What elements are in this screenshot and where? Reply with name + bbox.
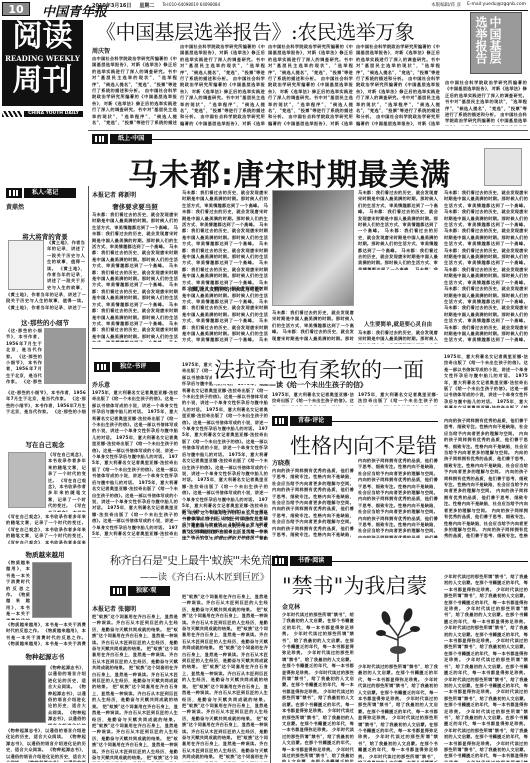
banned-books-headline: "禁书"为我启蒙 <box>282 570 427 600</box>
introvert-col-3: 内向的孩子同样拥有优秀的品质，他们善于思考、细致专注。性格内向不是缺陷，社会应当… <box>444 418 528 538</box>
flower-illustration <box>370 606 426 662</box>
ma-weidu-photo <box>272 190 354 306</box>
introvert-col-2: 内向的孩子同样拥有优秀的品质，他们善于思考、细致专注。性格内向不是缺陷，社会应当… <box>358 458 438 538</box>
section-tag-rule <box>332 561 528 562</box>
election-col-3: 由中国社会科学院政治学研究所编著的《中国基层选举报告》，对新《选举法》修正后的选… <box>268 44 353 126</box>
section-title-2: 周刊 <box>2 63 83 99</box>
fallaci-col-5: 1975年，意大利著名女记者奥里亚娜·法拉奇出版了《给一个未出生孩子的信》。这是… <box>444 354 528 408</box>
sidebar-item-title: 写在自己观念 <box>6 440 84 449</box>
introvert-byline: 方晓燕 <box>272 458 290 467</box>
introvert-section-tag: 青春·评论 <box>272 416 438 426</box>
sidebar-section-tag: 私人·笔记 <box>6 188 76 198</box>
sidebar-item-body: 《这·那些的小细节》，本书作者，1956年7月生于北京，是当代作家。 《这·那些… <box>6 328 42 386</box>
sidebar-byline: 黄鼎然 <box>6 202 24 211</box>
sidebar-item-body: 《黄土地》，作者当年的记录，讲述了一段关于历史与人生的故事，值得一读。 《黄土地… <box>47 240 85 290</box>
header-rule <box>88 10 528 11</box>
qi-baishi-headline: 称齐白石是"史上最牛'蚁族'"未免荒唐 <box>110 552 282 568</box>
election-book-cover: 中国基层选举报告 <box>470 12 522 74</box>
ma-weidu-col-4: 马未都：我们看过去的历史，就会发现唐宋时期是中国人最美满的时期。那时候人们的生活… <box>444 190 528 342</box>
book-thumbnail <box>8 665 46 723</box>
page-number: 10 <box>8 3 23 16</box>
sidebar-item-body-cont: 《写在自己观念》，本书收录作者多年来的随笔文章，记录了一个时代的变迁。 《写在自… <box>6 514 86 544</box>
editor: 本版编辑/蒋 彦 <box>431 2 461 8</box>
book-thumbnail <box>44 328 86 384</box>
qi-baishi-section-tag: 独家·观察 <box>110 586 170 596</box>
section-tag-icon <box>92 134 108 144</box>
sidebar-item-body-cont: 《物质越来越用》，本书是一本关于消费时代的反思之作。 《物质越来越用》，本书是一… <box>6 622 86 646</box>
section-tag-rule <box>152 139 530 140</box>
qi-baishi-subheadline: ——读《齐白石:从木匠到巨匠》 <box>140 570 269 583</box>
banned-books-col-2: 少年时代读过的那些所谓"禁书"，给了我最初的人文启蒙。在那个书籍匮乏的年代，每一… <box>358 664 438 762</box>
section-tag-icon <box>272 416 288 426</box>
fallaci-subheadline: ——读《给一个未出生孩子的信》 <box>262 380 367 390</box>
election-bottom-rule <box>88 130 528 131</box>
dateline: 2010年3月16日 星期二 Tel:010-64098019 64098084 <box>92 2 220 9</box>
qi-baishi-byline: 本报记者 张德明 <box>92 604 136 613</box>
editor-info: 本版编辑/蒋 彦 E-mail:yuedu@zgqnb.com <box>431 2 526 8</box>
ma-weidu-col-3b: 马未都：我们看过去的历史，就会发现唐宋时期是中国人最美满的时期。那时候人们的生活… <box>358 330 438 344</box>
qi-baishi-col-1: 把"蚁族"这个词套用在齐白石身上，显然是一种误读。齐白石从木匠到巨匠的人生经历，… <box>92 614 178 762</box>
section-tag-icon <box>272 556 288 566</box>
banned-books-col-3: 少年时代读过的那些所谓"禁书"，给了我最初的人文启蒙。在那个书籍匮乏的年代，每一… <box>444 574 528 762</box>
ma-weidu-col-1: 马未都：我们看过去的历史，就会发现唐宋时期是中国人最美满的时期。那时候人们的生活… <box>92 212 178 342</box>
section-tag-icon <box>6 188 22 198</box>
page-number-box: 10 <box>2 2 30 16</box>
stripe-decoration <box>2 111 22 117</box>
ma-weidu-col-2: 马未都：我们看过去的历史，就会发现唐宋时期是中国人最美满的时期。那时候人们的生活… <box>182 190 268 342</box>
weekday: 星期二 <box>139 2 154 9</box>
fallaci-byline: 乔乐意 <box>92 380 110 389</box>
ma-weidu-headline: 马未都:唐宋时期最美满 <box>128 150 451 194</box>
election-col-4: 由中国社会科学院政治学研究所编著的《中国基层选举报告》，对新《选举法》修正后的选… <box>356 44 440 126</box>
section-tag-rule <box>332 421 438 422</box>
date: 2010年3月16日 <box>92 2 131 9</box>
sidebar-item-title: 物质越来越用 <box>6 550 84 559</box>
ma-weidu-byline: 本报记者 蒋新明 <box>92 190 136 199</box>
introvert-headline: 性格内向不是错 <box>290 430 437 460</box>
email: E-mail:yuedu@zgqnb.com <box>467 2 526 8</box>
ma-weidu-subhead-1: 奢侈要求要当照 <box>92 202 178 211</box>
ma-weidu-bottom-rule <box>92 348 528 349</box>
qi-baishi-col-top: 把"蚁族"这个词套用在齐白石身上，显然是一种误读。齐白石从木匠到巨匠的人生经历，… <box>182 510 268 540</box>
section-title-en: READING WEEKLY <box>2 54 83 63</box>
calligraphy-image <box>484 148 522 186</box>
banned-books-border-left <box>270 555 271 763</box>
ma-weidu-col-3: 马未都：我们看过去的历史，就会发现唐宋时期是中国人最美满的时期。那时候人们的生活… <box>358 190 438 270</box>
book-thumbnail <box>32 562 72 618</box>
election-col-5: 由中国社会科学院政治学研究所编著的《中国基层选举报告》，对新《选举法》修正后的选… <box>445 80 527 126</box>
section-title-block: 阅读 READING WEEKLY 周刊 <box>2 20 83 106</box>
fallaci-col-4: 1975年，意大利著名女记者奥里亚娜·法拉奇出版了《给一个未出生孩子的信》。这是… <box>358 392 438 406</box>
sidebar-item-body-cont: 《这·那些的小细节》，本书作者，1956年7月生于北京，是当代作家。 《这·那些… <box>6 390 86 414</box>
section-tag-icon <box>110 586 126 596</box>
english-name-bar: CHINA YOUTH DAILY <box>2 110 83 118</box>
sidebar-item-body: 《写在自己观念》，本书收录作者多年来的随笔文章，记录了一个时代的变迁。 《写在自… <box>48 452 86 512</box>
section-tag-label: 纸上·中国 <box>110 134 152 144</box>
section-tag-label: 青春·评论 <box>290 416 332 426</box>
section-tag-label: 独立·书评 <box>112 362 160 372</box>
book-cover-title: 中国基层选举报告 <box>471 13 505 73</box>
introvert-col-1: 内向的孩子同样拥有优秀的品质，他们善于思考、细致专注。性格内向不是缺陷，社会应当… <box>272 468 354 538</box>
section-tag-label: 私人·笔记 <box>24 188 76 198</box>
sidebar-item-body: 《物种起源志书》，以通俗的语言介绍进化论的历史，适合大众阅读。 《物种起源志书》… <box>48 665 86 725</box>
fallaci-section-tag: 独立·书评 <box>94 362 160 372</box>
ma-weidu-subhead-3: 收藏,让人文精神的传承成为可能? <box>182 286 268 293</box>
qi-baishi-col-2: 把"蚁族"这个词套用在齐白石身上，显然是一种误读。齐白石从木匠到巨匠的人生经历，… <box>182 594 268 762</box>
banned-books-byline: 金克林 <box>282 602 300 611</box>
section-tag-icon <box>94 362 110 372</box>
election-headline: 《中国基层选举报告》:农民选举万象 <box>96 16 414 45</box>
sidebar-item-title: 物种起源志书 <box>6 652 84 661</box>
ma-weidu-section-tag: 纸上·中国 <box>92 134 530 144</box>
election-byline: 周庆智 <box>92 46 110 55</box>
section-title-1: 阅读 <box>2 20 83 54</box>
book-thumbnail <box>8 452 46 508</box>
ma-weidu-photo-caption: 马未都：我们看过去的历史，就会发现唐宋时期是中国人最美满的时期。那时候人们的生活… <box>272 310 354 342</box>
section-tag-label: 书香·阅读 <box>290 556 332 566</box>
english-name: CHINA YOUTH DAILY <box>24 111 83 117</box>
sidebar-item-body-cont: 《黄土地》，作者当年的记录，讲述了一段关于历史与人生的故事，值得一读。 《黄土地… <box>6 292 86 310</box>
election-col-2: 由中国社会科学院政治学研究所编著的《中国基层选举报告》，对新《选举法》修正后的选… <box>180 44 265 126</box>
book-thumbnail <box>8 240 44 290</box>
sidebar-item-body-cont: 《物种起源志书》，以通俗的语言介绍进化论的历史，适合大众阅读。 《物种起源志书》… <box>6 728 86 762</box>
sidebar-item-title: 这·那些的小细节 <box>6 318 84 327</box>
phone: Tel:010-64098019 64098084 <box>162 2 220 9</box>
banned-books-col-1: 少年时代读过的那些所谓"禁书"，给了我最初的人文启蒙。在那个书籍匮乏的年代，每一… <box>282 612 354 762</box>
ma-weidu-subhead-2: 人生要简单,就是要心灵自由 <box>358 320 438 328</box>
flower-icon <box>370 606 426 662</box>
sidebar-divider <box>88 186 89 763</box>
fallaci-col-1: 1975年，意大利著名女记者奥里亚娜·法拉奇出版了《给一个未出生孩子的信》。这是… <box>92 390 178 538</box>
sidebar-item-body: 《物质越来越用》，本书是一本关于消费时代的反思之作。 《物质越来越用》，本书是一… <box>6 560 30 620</box>
fallaci-col-3: 1975年，意大利著名女记者奥里亚娜·法拉奇出版了《给一个未出生孩子的信》。这是… <box>272 392 354 406</box>
section-tag-label: 独家·观察 <box>128 586 170 596</box>
election-col-1: 由中国社会科学院政治学研究所编著的《中国基层选举报告》，对新《选举法》修正后的选… <box>92 56 177 126</box>
banned-books-section-tag: 书香·阅读 <box>272 556 528 566</box>
